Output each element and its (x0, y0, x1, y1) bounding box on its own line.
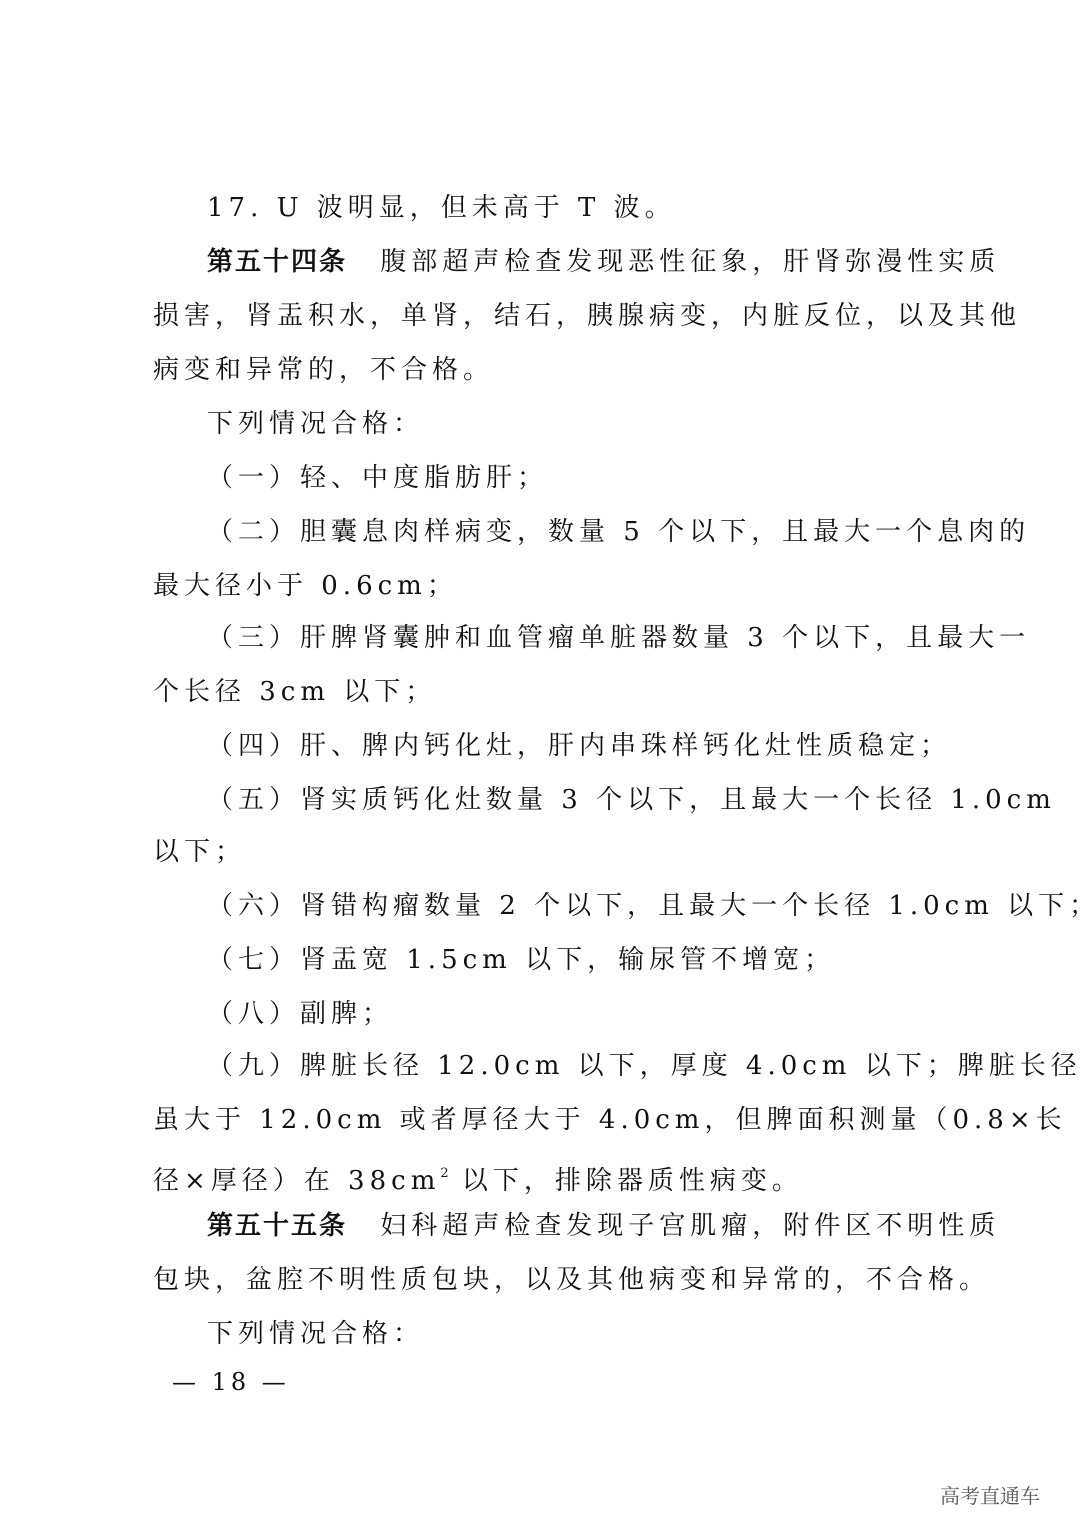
article-54-line-1: 第五十四条 腹部超声检查发现恶性征象，肝肾弥漫性实质 (207, 244, 1000, 280)
article-54-line-2: 损害，肾盂积水，单肾，结石，胰腺病变，内脏反位，以及其他 (153, 298, 1021, 334)
item-9-line-1: （九）脾脏长径 12.0cm 以下，厚度 4.0cm 以下；脾脏长径 (207, 1048, 1080, 1084)
item-1: （一）轻、中度脂肪肝； (207, 460, 548, 496)
article-55-heading: 第五十五条 (207, 1211, 347, 1241)
list-item-17: 17. U 波明显，但未高于 T 波。 (207, 190, 676, 226)
article-55-text: 妇科超声检查发现子宫肌瘤，附件区不明性质 (380, 1211, 1000, 1241)
item-9-line-3-text-a: 径×厚径）在 38cm (153, 1166, 440, 1196)
item-9-line-3-text-b: 以下，排除器质性病变。 (449, 1166, 803, 1196)
item-4: （四）肝、脾内钙化灶，肝内串珠样钙化灶性质稳定； (207, 728, 951, 764)
article-54-line-3: 病变和异常的，不合格。 (153, 352, 494, 388)
item-3-line-1: （三）肝脾肾囊肿和血管瘤单脏器数量 3 个以下，且最大一 (207, 620, 1030, 656)
superscript-2: 2 (440, 1166, 448, 1181)
item-2-line-1: （二）胆囊息肉样病变，数量 5 个以下，且最大一个息肉的 (207, 514, 1030, 550)
article-54-text: 腹部超声检查发现恶性征象，肝肾弥漫性实质 (380, 247, 1000, 277)
article-54-qualify-intro: 下列情况合格： (207, 406, 424, 442)
item-7: （七）肾盂宽 1.5cm 以下，输尿管不增宽； (207, 942, 835, 978)
item-6: （六）肾错构瘤数量 2 个以下，且最大一个长径 1.0cm 以下； (207, 888, 1080, 924)
item-5-line-2: 以下； (153, 834, 246, 870)
item-9-line-3: 径×厚径）在 38cm2 以下，排除器质性病变。 (153, 1156, 803, 1199)
page-number: — 18 — (172, 1367, 290, 1397)
watermark: 高考直通车 (940, 1480, 1040, 1509)
item-8: （八）副脾； (207, 996, 393, 1032)
article-55-line-2: 包块，盆腔不明性质包块，以及其他病变和异常的，不合格。 (153, 1262, 990, 1298)
item-3-line-2: 个长径 3cm 以下； (153, 674, 436, 710)
item-5-line-1: （五）肾实质钙化灶数量 3 个以下，且最大一个长径 1.0cm (207, 782, 1056, 818)
article-55-line-1: 第五十五条 妇科超声检查发现子宫肌瘤，附件区不明性质 (207, 1208, 1000, 1244)
item-9-line-2: 虽大于 12.0cm 或者厚径大于 4.0cm，但脾面积测量（0.8×长 (153, 1102, 1067, 1138)
article-55-qualify-intro: 下列情况合格： (207, 1316, 424, 1352)
article-54-heading: 第五十四条 (207, 247, 347, 277)
item-2-line-2: 最大径小于 0.6cm； (153, 568, 458, 604)
